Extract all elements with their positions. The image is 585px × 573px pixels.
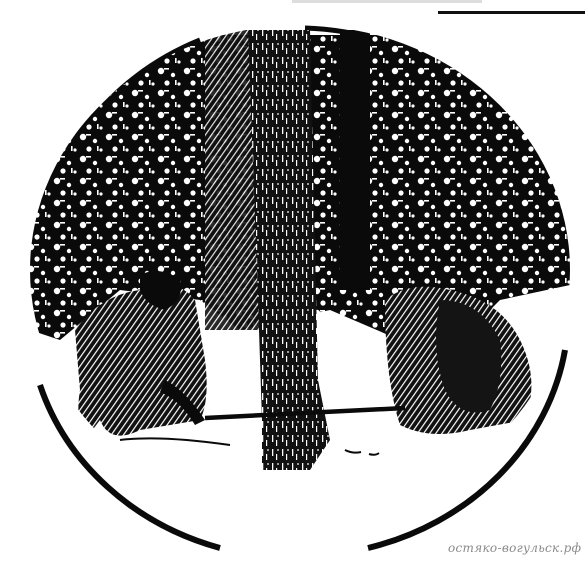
right-sawyer <box>385 287 531 434</box>
engraving-illustration <box>0 0 585 573</box>
watermark-text: остяко-вогульск.рф <box>448 541 581 555</box>
